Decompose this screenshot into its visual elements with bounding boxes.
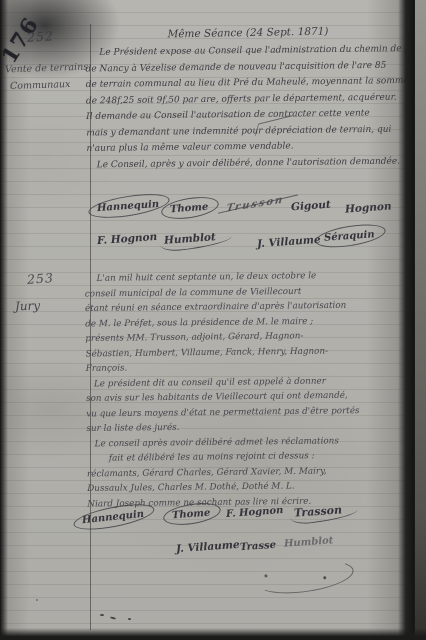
page-gutter-shadow	[398, 0, 415, 640]
margin-entry-number-253: 253	[27, 270, 55, 287]
binding-edge-left	[0, 0, 8, 640]
signature-thome: Thome	[170, 202, 209, 216]
margin-entry-number-252: 252	[27, 28, 55, 44]
session2-body-text: L'an mil huit cent septante un, le deux …	[85, 268, 408, 512]
page-stack-edge	[414, 0, 426, 640]
signature-trasson: Trasson	[294, 503, 343, 519]
ink-speck	[100, 614, 104, 616]
margin-note-jury: Jury	[15, 299, 41, 314]
binding-edge-bottom	[0, 628, 426, 640]
margin-note-line2: Communaux	[10, 79, 71, 92]
scanned-register-page: 176 252 Vente de terrains Communaux Même…	[0, 0, 426, 640]
signature-humblot: Humblot	[164, 231, 217, 247]
ink-speck	[36, 599, 38, 601]
signature-seraquin: Séraquin	[324, 229, 375, 244]
session1-body-text: Le Président expose au Conseil que l'adm…	[85, 41, 407, 173]
signature-thome-2: Thome	[172, 508, 211, 522]
ink-speck	[128, 618, 131, 620]
